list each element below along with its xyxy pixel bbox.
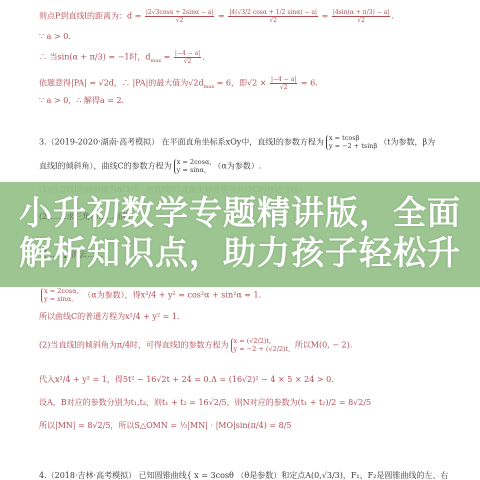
solution-line-answer-a: ∵ a > 0，∴ 解得a = 2. (39, 96, 124, 106)
problem3-statement-line1: 3.（2019-2020·湖南·高考模拟） 在平面直角坐标系xOy中，直线l的参… (39, 135, 435, 150)
distance-text: 则点P到直线l的距离为：d = (39, 12, 141, 21)
problem3-statement-line2: 直线l的倾斜角），曲线C的参数方程为x = 2cosα,y = sinα,（α为… (39, 159, 261, 174)
fraction: |2√3cosα + 2sinα − a|√2 (145, 9, 215, 24)
solution2-line-parametric-l: (2)当直线l的倾斜角为π/4时，可得直线l的参数方程为x = (√2/2)t,… (39, 338, 352, 353)
equation-system: x = (√2/2)t,y = −2 + (√2/2)t, (231, 338, 291, 353)
equation-system: x = tcosβy = −2 + tsinβ (326, 135, 377, 150)
fraction: |−4 − a|√2 (270, 76, 297, 91)
solution-line-pa-max: 依题意得|PA| = √2d，∴ |PA|的最大值为√2dmax = 6，即√2… (39, 76, 318, 92)
solution2-line-parametric: x = 2cosα,y = sinα, （α为参数），得x²/4 + y² = … (39, 288, 261, 303)
solution-line-distance: 则点P到直线l的距离为：d = |2√3cosα + 2sinα − a|√2 … (39, 9, 394, 24)
solution2-line-params: 设A，B对应的参数分别为t₁,t₂，则t₁ + t₂ = 16√2/5，则N对应… (39, 398, 371, 408)
banner-title-line2: 解析知识点，助力孩子轻松升 (0, 234, 480, 272)
equation-system: x = 2cosα,y = sinα, (174, 159, 212, 174)
fraction: |4sin(α + π/3) − a|√2 (332, 9, 391, 24)
banner-title-line1: 小升初数学专题精讲版，全面 (0, 194, 480, 232)
solution2-line-substitute: 代入x²/4 + y² = 1，得5t² − 16√2t + 24 = 0.Δ … (39, 375, 334, 385)
solution-line-a-positive: ∵ a > 0. (39, 32, 71, 42)
fraction: |−4 − a|√2 (174, 50, 201, 65)
problem4-statement: 4.（2018·吉林·高考模拟） 已知圆锥曲线{ x = 3cosθ （θ是参数… (39, 471, 448, 480)
solution-line-dmax: ∴ 当sin(α + π/3) = −1时，dmax = |−4 − a|√2. (39, 50, 205, 66)
solution2-line-ellipse: 所以曲线C的普通方程为x²/4 + y² = 1. (39, 312, 180, 322)
fraction: |4(√3/2 cosα + 1/2 sinα) − a|√2 (228, 9, 318, 24)
document-page: 则点P到直线l的距离为：d = |2√3cosα + 2sinα − a|√2 … (0, 0, 480, 480)
promo-banner: (2)……求三角形……面积 【……】消去…… 小升初数学专题精讲版，全面 解析知… (0, 182, 480, 287)
equation-system: x = 2cosα,y = sinα, (41, 288, 79, 303)
solution2-line-area: 所以|MN| = 8√2/5，所以S△OMN = ½|MN| · |MO|sin… (39, 421, 291, 431)
